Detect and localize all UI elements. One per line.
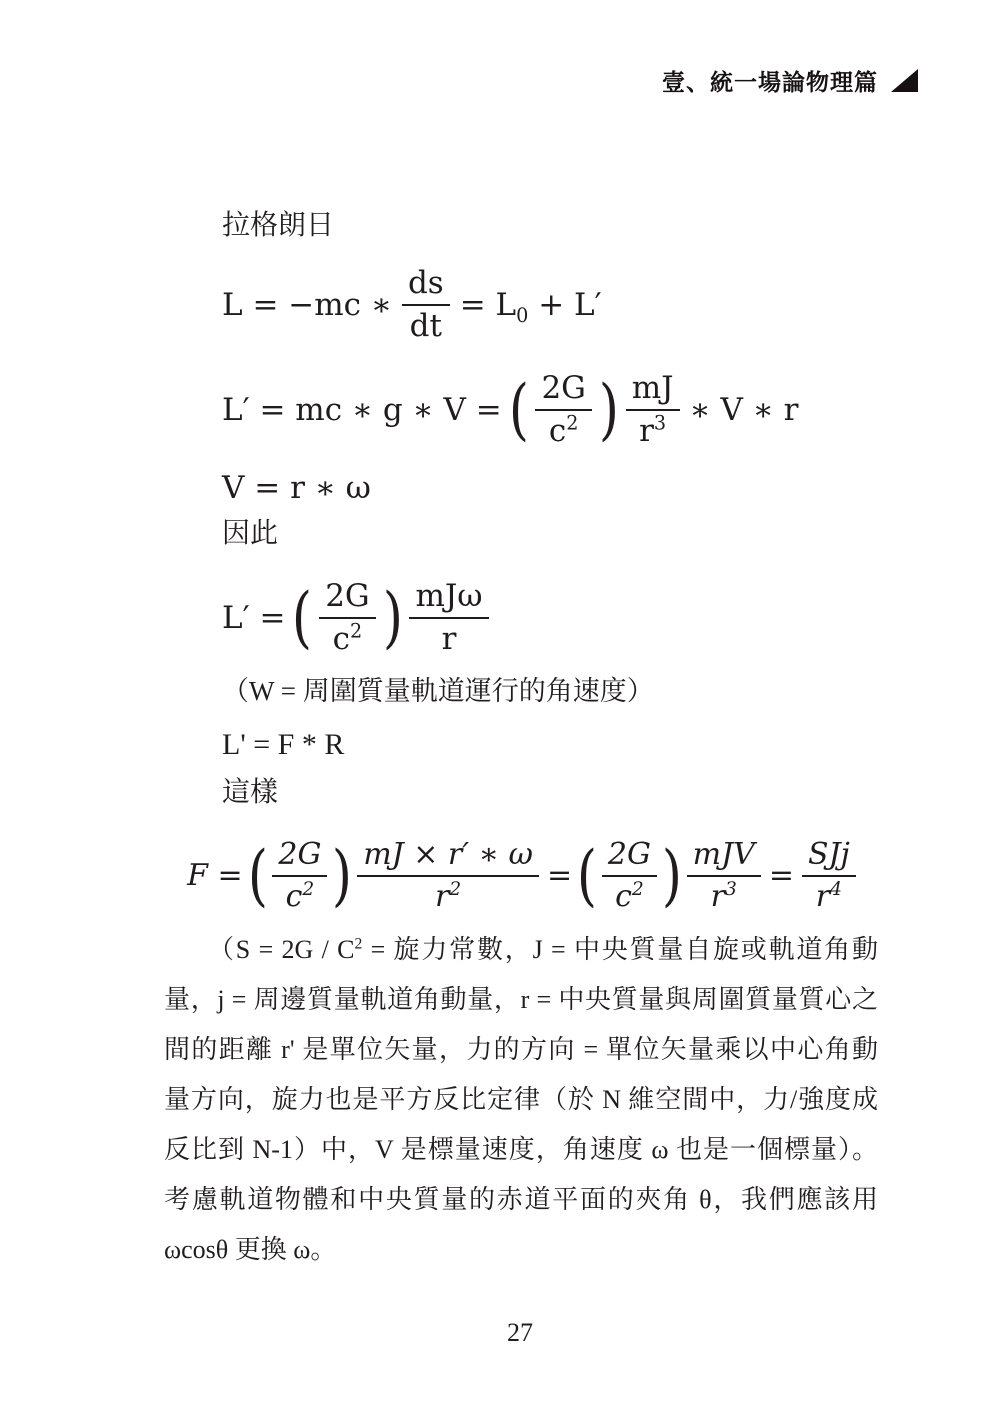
fraction-mjv-r3: mJV r3 bbox=[687, 838, 761, 913]
base: c bbox=[615, 879, 632, 914]
equals-sign: = bbox=[547, 858, 572, 893]
fraction-numerator: mJ bbox=[626, 371, 680, 411]
exponent: 4 bbox=[830, 879, 842, 900]
book-page: 壹、統一場論物理篇 拉格朗日 L = −mc ∗ ds dt = L0 + L′… bbox=[0, 0, 1000, 1417]
fraction-numerator: 2G bbox=[319, 579, 376, 619]
fraction-numerator: 2G bbox=[272, 838, 327, 877]
fraction-denominator: c2 bbox=[272, 877, 327, 914]
formula-term: L′ = bbox=[222, 600, 285, 636]
fraction-ds-dt: ds dt bbox=[402, 266, 450, 343]
left-paren: ( bbox=[247, 843, 267, 909]
page-header: 壹、統一場論物理篇 bbox=[662, 64, 918, 97]
formula-lagrangian-total: L = −mc ∗ ds dt = L0 + L′ bbox=[222, 266, 602, 343]
base: r bbox=[816, 879, 830, 914]
subscript-zero: 0 bbox=[516, 304, 528, 327]
left-paren: ( bbox=[509, 377, 529, 443]
exponent: 3 bbox=[725, 879, 737, 900]
fraction-numerator: mJ × r′ ∗ ω bbox=[357, 838, 539, 877]
right-paren: ) bbox=[662, 843, 682, 909]
exponent: 2 bbox=[302, 879, 314, 900]
fraction-2g-c2: 2G c2 bbox=[535, 371, 592, 448]
right-paren: ) bbox=[332, 843, 352, 909]
formula-term: ∗ V ∗ r bbox=[690, 392, 799, 428]
chapter-title: 壹、統一場論物理篇 bbox=[662, 64, 878, 97]
formula-l-prime-expanded: L′ = mc ∗ g ∗ V = ( 2G c2 ) mJ r3 ∗ V ∗ … bbox=[222, 371, 798, 448]
therefore-label: 因此 bbox=[222, 518, 278, 550]
exponent: 2 bbox=[449, 879, 461, 900]
paragraph-line: （S = 2G / C2 = 旋力常數，J = 中央質量自旋或軌道角動 bbox=[164, 925, 878, 975]
formula-term: L = −mc ∗ bbox=[222, 287, 392, 323]
formula-term: + L′ bbox=[538, 287, 601, 323]
paragraph-line: 量，j = 周邊質量軌道角動量，r = 中央質量與周圍質量質心之 bbox=[164, 975, 878, 1025]
fraction-numerator: 2G bbox=[602, 838, 657, 877]
fraction-denominator: r3 bbox=[626, 411, 680, 449]
body-paragraph: （S = 2G / C2 = 旋力常數，J = 中央質量自旋或軌道角動 量，j … bbox=[164, 925, 878, 1275]
fraction-numerator: mJω bbox=[409, 579, 488, 619]
fraction-numerator: mJV bbox=[687, 838, 761, 877]
text-run: = 旋力常數，J = 中央質量自旋或軌道角動 bbox=[362, 935, 878, 964]
fraction-numerator: 2G bbox=[535, 371, 592, 411]
base: r bbox=[711, 879, 725, 914]
fraction-numerator: SJj bbox=[802, 838, 856, 877]
fraction-denominator: r bbox=[409, 619, 488, 657]
fraction-denominator: c2 bbox=[319, 619, 376, 657]
fraction-denominator: c2 bbox=[535, 411, 592, 449]
fraction-denominator: dt bbox=[402, 306, 450, 344]
paragraph-line: 量方向，旋力也是平方反比定律（於 N 維空間中，力/強度成 bbox=[164, 1075, 878, 1125]
exponent: 2 bbox=[566, 411, 578, 434]
formula-velocity: V = r ∗ ω bbox=[222, 470, 371, 506]
fraction-numerator: ds bbox=[402, 266, 450, 306]
fraction-denominator: r4 bbox=[802, 877, 856, 914]
base: r bbox=[435, 879, 449, 914]
formula-term: = L0 + L′ bbox=[460, 287, 602, 323]
exponent: 2 bbox=[350, 619, 362, 642]
exponent: 2 bbox=[632, 879, 644, 900]
base: c bbox=[286, 879, 303, 914]
thus-label: 這樣 bbox=[222, 777, 278, 809]
formula-l-prime-omega: L′ = ( 2G c2 ) mJω r bbox=[222, 579, 489, 656]
fraction-2g-c2: 2G c2 bbox=[272, 838, 327, 913]
paragraph-line: 間的距離 r' 是單位矢量，力的方向 = 單位矢量乘以中心角動 bbox=[164, 1025, 878, 1075]
lagrangian-label: 拉格朗日 bbox=[222, 210, 334, 242]
exponent: 3 bbox=[654, 411, 666, 434]
page-number: 27 bbox=[165, 1318, 875, 1348]
fraction-denominator: c2 bbox=[602, 877, 657, 914]
formula-torque: L' = F * R bbox=[222, 728, 344, 762]
triangle-marker-icon bbox=[891, 69, 918, 92]
fraction-denominator: r3 bbox=[687, 877, 761, 914]
left-paren: ( bbox=[292, 585, 312, 651]
text-run: （S = 2G / C bbox=[208, 935, 354, 964]
formula-term: V = r ∗ ω bbox=[222, 470, 371, 506]
formula-spin-force: F = ( 2G c2 ) mJ × r′ ∗ ω r2 = ( 2G c2 )… bbox=[165, 838, 878, 913]
left-paren: ( bbox=[577, 843, 597, 909]
fraction-mjrw-r2: mJ × r′ ∗ ω r2 bbox=[357, 838, 539, 913]
right-paren: ) bbox=[383, 585, 403, 651]
equals-sign: = bbox=[769, 858, 794, 893]
paragraph-line: 考慮軌道物體和中央質量的赤道平面的夾角 θ，我們應該用 bbox=[164, 1175, 878, 1225]
fraction-2g-c2: 2G c2 bbox=[319, 579, 376, 656]
fraction-mj-r3: mJ r3 bbox=[626, 371, 680, 448]
fraction-denominator: r2 bbox=[357, 877, 539, 914]
paragraph-line: 反比到 N-1）中，V 是標量速度，角速度 ω 也是一個標量）。 bbox=[164, 1125, 878, 1175]
right-paren: ) bbox=[599, 377, 619, 443]
base: r bbox=[639, 413, 654, 449]
formula-term: = L bbox=[460, 287, 516, 323]
formula-term: F = bbox=[187, 858, 243, 893]
paragraph-line: ωcosθ 更換 ω。 bbox=[164, 1225, 878, 1275]
omega-note: （W = 周圍質量軌道運行的角速度） bbox=[222, 676, 654, 707]
fraction-2g-c2: 2G c2 bbox=[602, 838, 657, 913]
fraction-mjw-r: mJω r bbox=[409, 579, 488, 656]
base: c bbox=[333, 621, 350, 657]
fraction-sjj-r4: SJj r4 bbox=[802, 838, 856, 913]
base: c bbox=[549, 413, 566, 449]
formula-term: L′ = mc ∗ g ∗ V = bbox=[222, 392, 502, 428]
